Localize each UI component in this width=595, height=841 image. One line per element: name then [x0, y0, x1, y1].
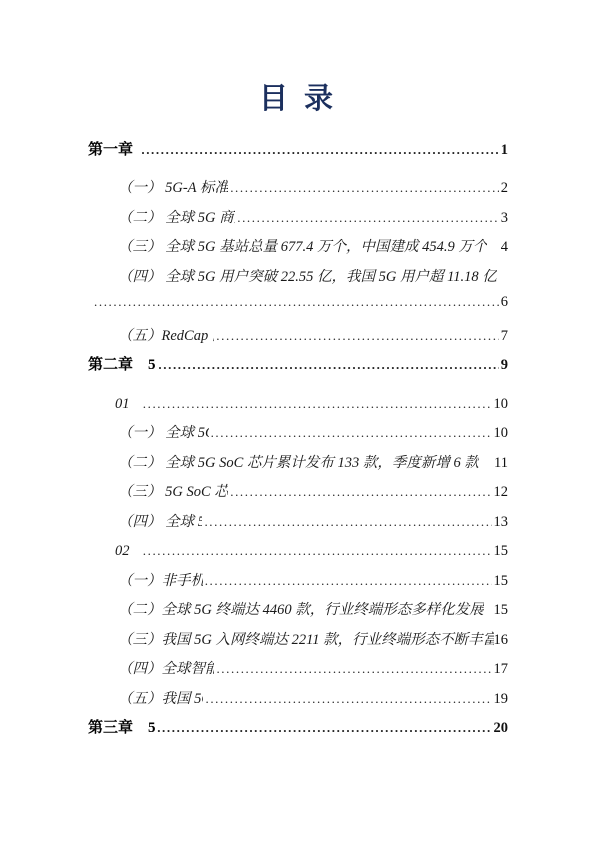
- toc-entry-page: 11: [494, 455, 508, 472]
- toc-entry-label: （二） 全球 5G SoC 芯片累计发布 133 款，季度新增 6 款: [118, 451, 479, 472]
- toc-leader-dots: [157, 720, 491, 736]
- toc-entry-label: （五）我国 5G RedCap 产品超 218 款: [118, 687, 203, 708]
- toc-leader-dots: [216, 661, 491, 677]
- toc-entry-label: （四）全球智能手机出货进入平稳增长阶段: [118, 657, 214, 678]
- toc-entry-page: 20: [494, 720, 509, 737]
- toc-leader-dots: [143, 396, 492, 412]
- toc-entry-page: 15: [494, 602, 509, 619]
- toc-leader-dots: [211, 425, 492, 441]
- toc-leader-dots: [230, 180, 499, 196]
- toc-entry-label: （一） 5G-A 标准加速演进，ITU 通过 5G 卫星标准: [118, 176, 228, 197]
- toc-entry-page: 10: [494, 396, 509, 413]
- toc-list: 第一章 5G 网络 1 （一） 5G-A 标准加速演进，ITU 通过 5G 卫星…: [88, 138, 508, 746]
- toc-entry-label: （四） 全球 5G 用户突破 22.55 亿，我国 5G 用户超 11.18 亿: [118, 265, 497, 286]
- toc-entry: （四）全球智能手机出货进入平稳增长阶段 17: [88, 657, 508, 687]
- toc-entry-label: （三）我国 5G 入网终端达 2211 款，行业终端形态不断丰富: [118, 628, 494, 649]
- toc-leader-dots: [216, 328, 498, 344]
- toc-entry: （五）我国 5G RedCap 产品超 218 款 19: [88, 687, 508, 717]
- toc-entry-label: 02 终端: [115, 539, 141, 560]
- toc-entry: （五）RedCap 网络商用部署进程不断加速 7: [88, 324, 508, 354]
- toc-entry-page: 19: [494, 691, 509, 708]
- toc-entry-page: 17: [494, 661, 509, 678]
- toc-leader-dots: [205, 691, 491, 707]
- toc-entry-page: 4: [501, 239, 508, 256]
- toc-leader-dots: [94, 294, 499, 310]
- toc-entry-label: （五）RedCap 网络商用部署进程不断加速: [118, 324, 214, 345]
- toc-entry-page: 3: [501, 210, 508, 227]
- toc-leader-dots: [158, 357, 498, 373]
- toc-entry-page: 13: [494, 514, 509, 531]
- toc-entry: （四） 全球 5G RedCap 芯片超 24 款 13: [88, 510, 508, 540]
- toc-entry-label: 01 芯片: [115, 392, 141, 413]
- toc-entry: 第三章 5G 政策与应用 20: [88, 716, 508, 746]
- toc-entry: （四） 全球 5G 用户突破 22.55 亿，我国 5G 用户超 11.18 亿: [88, 265, 508, 295]
- toc-entry: 01 芯片 10: [88, 392, 508, 422]
- toc-entry-label: 第三章 5G 政策与应用: [88, 716, 155, 737]
- toc-entry-page: 15: [494, 573, 509, 590]
- toc-entry-page: 15: [494, 543, 509, 560]
- toc-page: 目 录 第一章 5G 网络 1 （一） 5G-A 标准加速演进，ITU 通过 5…: [0, 0, 595, 841]
- toc-entry: （一）非手机终端厂商占比持续提升 15: [88, 569, 508, 599]
- toc-entry: （三）我国 5G 入网终端达 2211 款，行业终端形态不断丰富 16: [88, 628, 508, 658]
- toc-leader-dots: [237, 210, 499, 226]
- toc-leader-dots: [230, 484, 491, 500]
- toc-entry-label: （一）非手机终端厂商占比持续提升: [118, 569, 203, 590]
- toc-entry-page: 12: [494, 484, 509, 501]
- toc-entry-page: 9: [501, 357, 508, 374]
- toc-leader-dots: [141, 142, 498, 158]
- toc-entry: （三） 5G SoC 芯片中，采用 4nm 工艺芯片占比最高 12: [88, 480, 508, 510]
- toc-entry: 第一章 5G 网络 1: [88, 138, 508, 168]
- toc-entry-page: 7: [501, 328, 508, 345]
- page-title: 目 录: [88, 84, 508, 116]
- toc-entry: （一） 5G-A 标准加速演进，ITU 通过 5G 卫星标准 2: [88, 176, 508, 206]
- toc-entry-label: （三） 全球 5G 基站总量 677.4 万个，中国建成 454.9 万个: [118, 235, 487, 256]
- toc-leader-dots: [143, 543, 492, 559]
- toc-entry-label: （二） 全球 5G 商用网络 354 张，5G SA 商用网络 73 张: [118, 206, 235, 227]
- toc-leader-dots: [205, 573, 492, 589]
- toc-entry: （二） 全球 5G SoC 芯片累计发布 133 款，季度新增 6 款 11: [88, 451, 508, 481]
- toc-entry: （三） 全球 5G 基站总量 677.4 万个，中国建成 454.9 万个 4: [88, 235, 508, 265]
- toc-entry: 02 终端 15: [88, 539, 508, 569]
- toc-entry-page: 2: [501, 180, 508, 197]
- toc-entry: （一） 全球 5G 基带芯片累计发布 28 款 10: [88, 421, 508, 451]
- toc-entry-page: 16: [494, 632, 509, 649]
- toc-entry: 6: [88, 294, 508, 324]
- toc-entry-page: 6: [501, 294, 508, 311]
- toc-entry: 第二章 5G 芯片与终端 9: [88, 353, 508, 383]
- toc-entry-page: 1: [501, 142, 508, 159]
- toc-entry-label: （三） 5G SoC 芯片中，采用 4nm 工艺芯片占比最高: [118, 480, 228, 501]
- toc-entry-label: （四） 全球 5G RedCap 芯片超 24 款: [118, 510, 202, 531]
- toc-entry-label: （一） 全球 5G 基带芯片累计发布 28 款: [118, 421, 209, 442]
- toc-entry-label: 第一章 5G 网络: [88, 138, 139, 159]
- toc-entry-label: 第二章 5G 芯片与终端: [88, 353, 156, 374]
- toc-leader-dots: [204, 514, 491, 530]
- toc-entry-label: （二）全球 5G 终端达 4460 款，行业终端形态多样化发展: [118, 598, 484, 619]
- toc-entry: （二） 全球 5G 商用网络 354 张，5G SA 商用网络 73 张 3: [88, 206, 508, 236]
- toc-entry-page: 10: [494, 425, 509, 442]
- toc-entry: （二）全球 5G 终端达 4460 款，行业终端形态多样化发展 15: [88, 598, 508, 628]
